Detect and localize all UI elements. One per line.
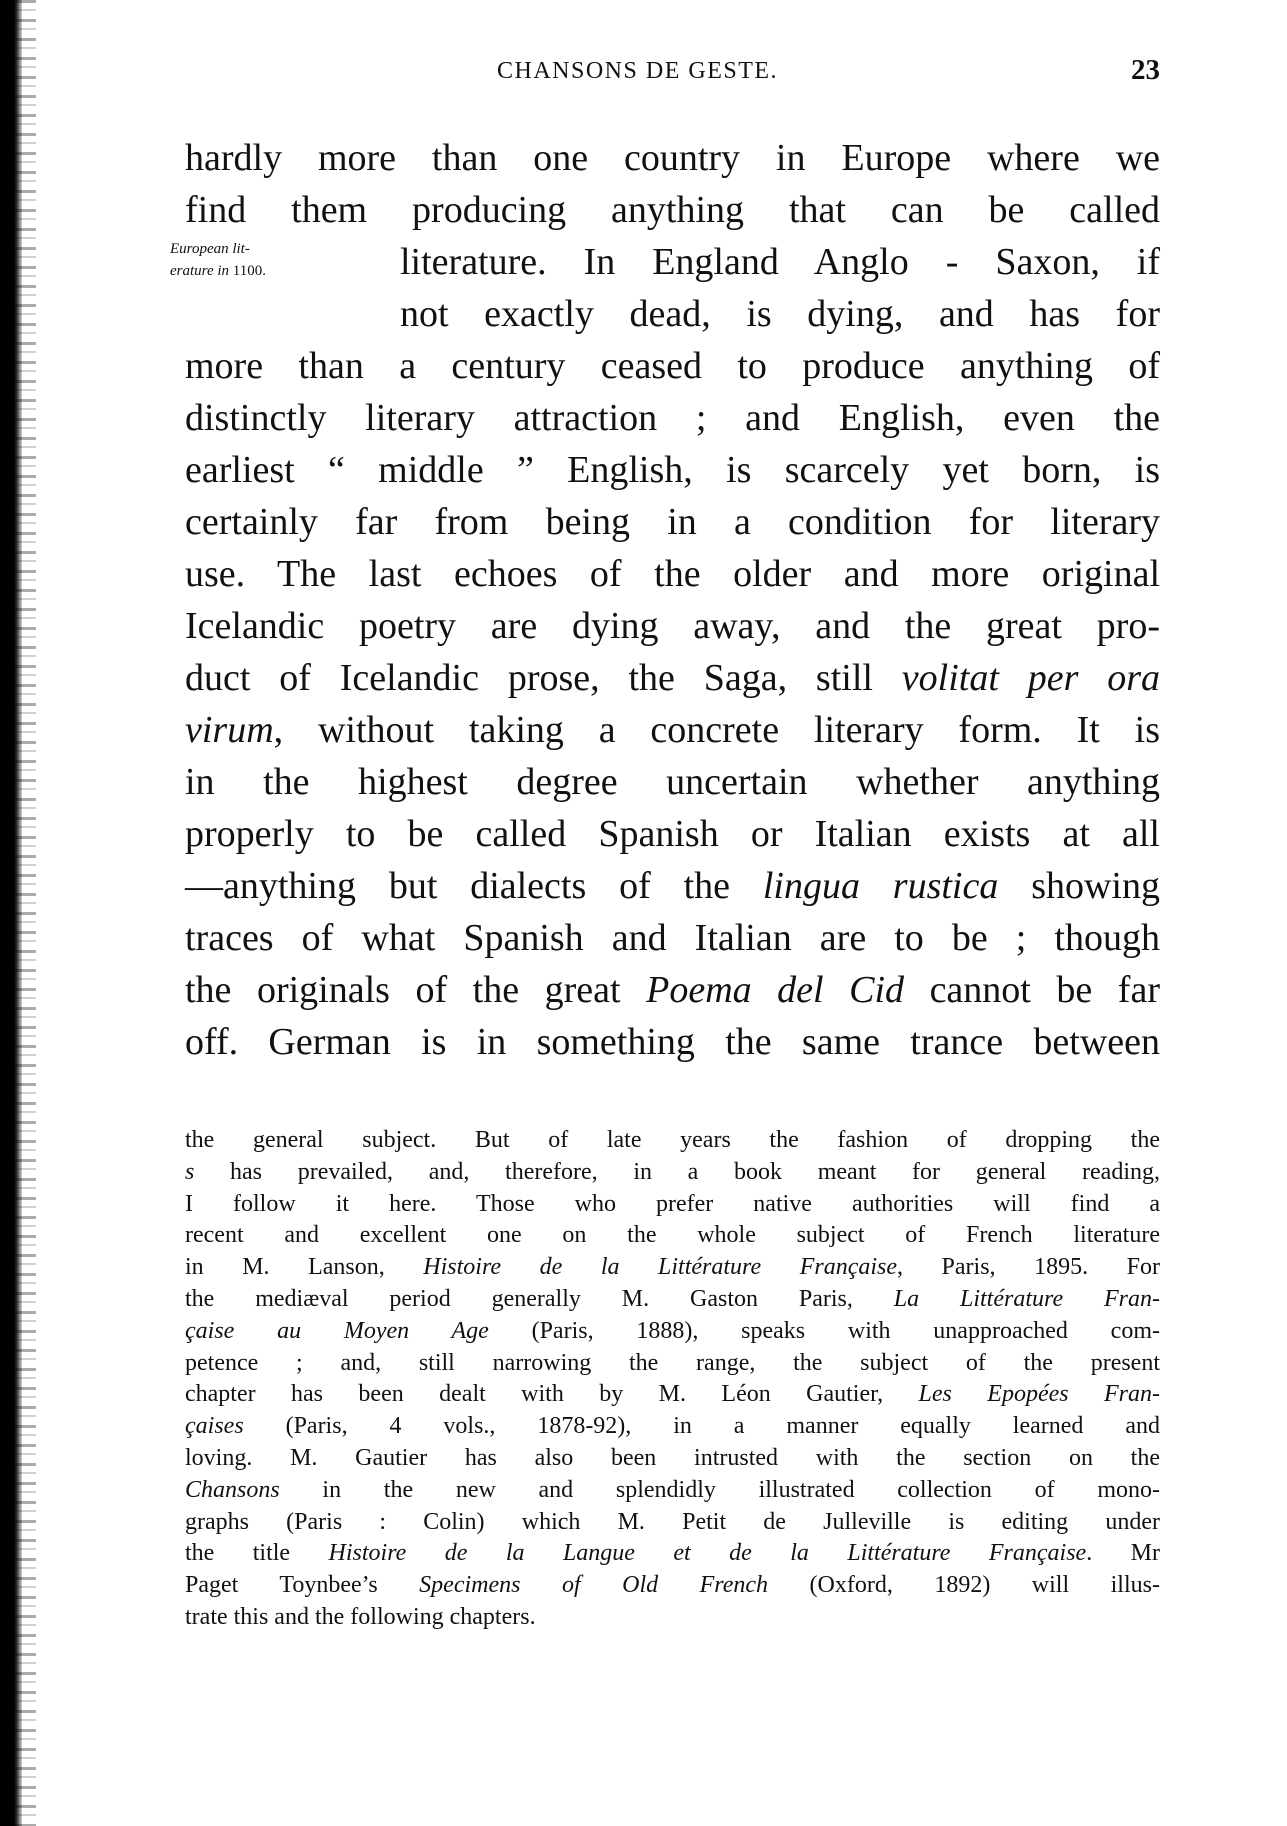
body-line-text: the originals of the great <box>185 969 646 1011</box>
body-line: find them producing anything that can be… <box>185 184 1160 236</box>
body-line-text: more than a century ceased to produce an… <box>185 345 1160 387</box>
footnote-italic-phrase: çaises <box>185 1413 244 1439</box>
footnote-line: recent and excellent one on the whole su… <box>185 1220 1160 1252</box>
body-line-text: , without taking a concrete literary for… <box>274 709 1160 751</box>
footnote-line-text: trate this and the following chapters. <box>185 1604 536 1630</box>
body-line-text: use. The last echoes of the older and mo… <box>185 553 1160 595</box>
body-line: the originals of the great Poema del Cid… <box>185 964 1160 1016</box>
body-line-text: certainly far from being in a condition … <box>185 501 1160 543</box>
page-header: CHANSONS DE GESTE. 23 <box>185 52 1160 92</box>
body-line: more than a century ceased to produce an… <box>185 340 1160 392</box>
footnote-line-text: in the new and splendidly illustrated co… <box>280 1477 1160 1503</box>
body-line-text: cannot be far <box>904 969 1160 1011</box>
footnote-line: I follow it here. Those who prefer nativ… <box>185 1189 1160 1221</box>
footnote-italic-phrase: s <box>185 1159 194 1185</box>
footnote-line-text: (Paris, 1888), speaks with unapproached … <box>489 1318 1160 1344</box>
body-line: duct of Icelandic prose, the Saga, still… <box>185 652 1160 704</box>
footnote-line: s has prevailed, and, therefore, in a bo… <box>185 1157 1160 1189</box>
footnote-block: the general subject. But of late years t… <box>185 1125 1160 1634</box>
footnote-line-text: , Paris, 1895. For <box>897 1254 1160 1280</box>
footnote-italic-phrase: Histoire de la Littérature Française <box>423 1254 897 1280</box>
footnote-line-text: petence ; and, still narrowing the range… <box>185 1350 1160 1376</box>
footnote-line: çaises (Paris, 4 vols., 1878-92), in a m… <box>185 1411 1160 1443</box>
body-line-text: showing <box>998 865 1160 907</box>
body-italic-phrase: virum <box>185 709 274 751</box>
body-italic-phrase: Poema del Cid <box>646 969 904 1011</box>
body-line: distinctly literary attraction ; and Eng… <box>185 392 1160 444</box>
footnote-italic-phrase: Chansons <box>185 1477 280 1503</box>
body-line-text: distinctly literary attraction ; and Eng… <box>185 397 1160 439</box>
body-line-text: in the highest degree uncertain whether … <box>185 761 1160 803</box>
binding-scan-noise <box>14 0 36 1826</box>
footnote-line-text: the general subject. But of late years t… <box>185 1127 1160 1153</box>
body-line: traces of what Spanish and Italian are t… <box>185 912 1160 964</box>
body-line: virum, without taking a concrete literar… <box>185 704 1160 756</box>
footnote-line: the general subject. But of late years t… <box>185 1125 1160 1157</box>
body-line-text: Icelandic poetry are dying away, and the… <box>185 605 1160 647</box>
footnote-line-text: the title <box>185 1540 329 1566</box>
footnote-line: loving. M. Gautier has also been intrust… <box>185 1443 1160 1475</box>
footnote-italic-phrase: Specimens of Old French <box>419 1572 768 1598</box>
footnote-line-text: (Oxford, 1892) will illus- <box>768 1572 1160 1598</box>
body-line: literature. In England Anglo - Saxon, if <box>185 236 1160 288</box>
body-line-text: duct of Icelandic prose, the Saga, still <box>185 657 902 699</box>
body-line: off. German is in something the same tra… <box>185 1016 1160 1068</box>
body-line: properly to be called Spanish or Italian… <box>185 808 1160 860</box>
body-line-text: earliest “ middle ” English, is scarcely… <box>185 449 1160 491</box>
footnote-line-text: recent and excellent one on the whole su… <box>185 1222 1160 1248</box>
footnote-italic-phrase: Histoire de la Langue et de la Littératu… <box>329 1540 1087 1566</box>
footnote-line: petence ; and, still narrowing the range… <box>185 1348 1160 1380</box>
running-title: CHANSONS DE GESTE. <box>497 58 778 85</box>
body-line: not exactly dead, is dying, and has for <box>185 288 1160 340</box>
body-line-text: literature. In England Anglo - Saxon, if <box>400 241 1160 283</box>
footnote-line: the title Histoire de la Langue et de la… <box>185 1538 1160 1570</box>
body-line: earliest “ middle ” English, is scarcely… <box>185 444 1160 496</box>
footnote-italic-phrase: La Littérature Fran- <box>894 1286 1160 1312</box>
page-number: 23 <box>1131 54 1160 87</box>
footnote-line-text: in M. Lanson, <box>185 1254 423 1280</box>
footnote-line: in M. Lanson, Histoire de la Littérature… <box>185 1252 1160 1284</box>
footnote-line-text: chapter has been dealt with by M. Léon G… <box>185 1381 919 1407</box>
footnote-line: Paget Toynbee’s Specimens of Old French … <box>185 1570 1160 1602</box>
body-line: use. The last echoes of the older and mo… <box>185 548 1160 600</box>
footnote-line-text: Paget Toynbee’s <box>185 1572 419 1598</box>
footnote-line-text: loving. M. Gautier has also been intrust… <box>185 1445 1160 1471</box>
body-line: Icelandic poetry are dying away, and the… <box>185 600 1160 652</box>
footnote-line-text: I follow it here. Those who prefer nativ… <box>185 1191 1160 1217</box>
body-line-text: —anything but dialects of the <box>185 865 763 907</box>
body-line-text: not exactly dead, is dying, and has for <box>400 293 1160 335</box>
footnote-line-text: graphs (Paris : Colin) which M. Petit de… <box>185 1509 1160 1535</box>
body-italic-phrase: volitat per ora <box>902 657 1160 699</box>
body-line: in the highest degree uncertain whether … <box>185 756 1160 808</box>
body-line-text: hardly more than one country in Europe w… <box>185 137 1160 179</box>
footnote-italic-phrase: çaise au Moyen Age <box>185 1318 489 1344</box>
body-line: certainly far from being in a condition … <box>185 496 1160 548</box>
footnote-line: Chansons in the new and splendidly illus… <box>185 1475 1160 1507</box>
footnote-line-text: the mediæval period generally M. Gaston … <box>185 1286 894 1312</box>
main-body-text: hardly more than one country in Europe w… <box>185 132 1160 1068</box>
footnote-line-text: . Mr <box>1086 1540 1160 1566</box>
footnote-line-text: has prevailed, and, therefore, in a book… <box>194 1159 1160 1185</box>
footnote-line: graphs (Paris : Colin) which M. Petit de… <box>185 1507 1160 1539</box>
footnote-italic-phrase: Les Epopées Fran- <box>919 1381 1160 1407</box>
body-line: —anything but dialects of the lingua rus… <box>185 860 1160 912</box>
footnote-line: çaise au Moyen Age (Paris, 1888), speaks… <box>185 1316 1160 1348</box>
footnote-line: the mediæval period generally M. Gaston … <box>185 1284 1160 1316</box>
body-line-text: traces of what Spanish and Italian are t… <box>185 917 1160 959</box>
body-italic-phrase: lingua rustica <box>763 865 999 907</box>
footnote-line: trate this and the following chapters. <box>185 1602 1160 1634</box>
body-line-text: off. German is in something the same tra… <box>185 1021 1160 1063</box>
body-line-text: find them producing anything that can be… <box>185 189 1160 231</box>
footnote-line-text: (Paris, 4 vols., 1878-92), in a manner e… <box>244 1413 1160 1439</box>
body-line-text: properly to be called Spanish or Italian… <box>185 813 1160 855</box>
body-line: hardly more than one country in Europe w… <box>185 132 1160 184</box>
footnote-line: chapter has been dealt with by M. Léon G… <box>185 1379 1160 1411</box>
